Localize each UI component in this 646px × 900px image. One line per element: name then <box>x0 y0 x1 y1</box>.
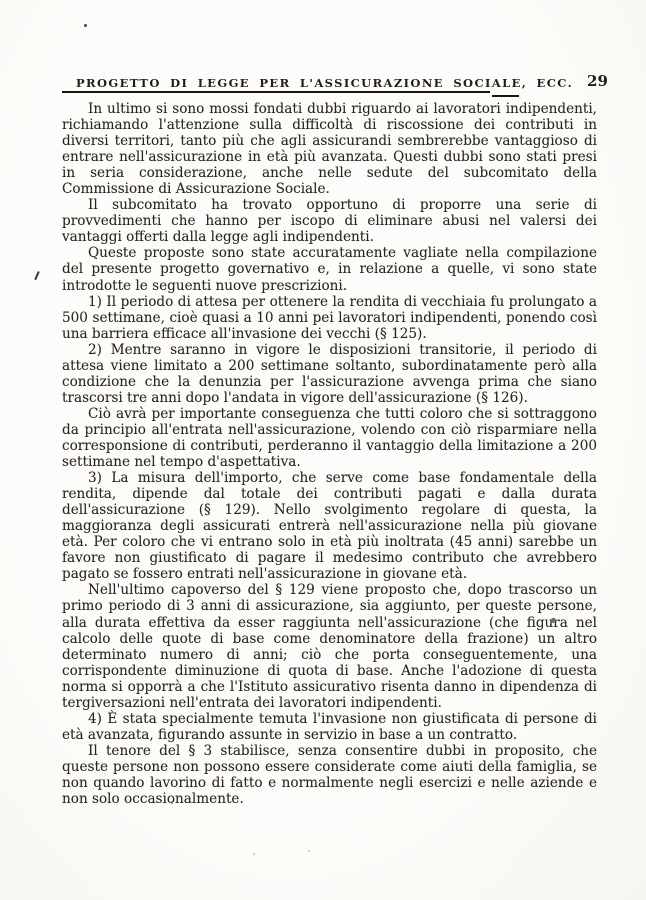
paragraph: 2) Mentre saranno in vigore le disposizi… <box>62 342 597 406</box>
ink-blot <box>551 618 556 623</box>
paragraph: In ultimo si sono mossi fondati dubbi ri… <box>62 101 597 197</box>
running-title: PROGETTO DI LEGGE PER L'ASSICURAZIONE SO… <box>62 76 573 90</box>
page-number-rule <box>492 95 519 97</box>
running-head: PROGETTO DI LEGGE PER L'ASSICURAZIONE SO… <box>62 72 517 90</box>
scanned-page: PROGETTO DI LEGGE PER L'ASSICURAZIONE SO… <box>0 0 646 900</box>
paragraph: Il tenore del § 3 stabilisce, senza cons… <box>62 743 597 807</box>
ink-speck <box>84 24 87 27</box>
ink-speck <box>171 801 173 804</box>
paragraph: Nell'ultimo capoverso del § 129 viene pr… <box>62 582 597 710</box>
paragraph: Il subcomitato ha trovato opportuno di p… <box>62 197 597 245</box>
ink-speck <box>253 853 255 855</box>
paragraph: 4) È stata specialmente temuta l'invasio… <box>62 711 597 743</box>
paragraph: 1) Il periodo di attesa per ottenere la … <box>62 294 597 342</box>
paragraph: Ciò avrà per importante conseguenza che … <box>62 406 597 470</box>
paragraph: Queste proposte sono state accuratamente… <box>62 245 597 293</box>
ink-speck <box>308 850 310 852</box>
header-rule <box>62 91 490 93</box>
body-text: In ultimo si sono mossi fondati dubbi ri… <box>62 101 597 807</box>
paragraph: 3) La misura dell'importo, che serve com… <box>62 470 597 582</box>
page-number: 29 <box>573 72 608 90</box>
margin-slash-mark <box>34 271 39 280</box>
